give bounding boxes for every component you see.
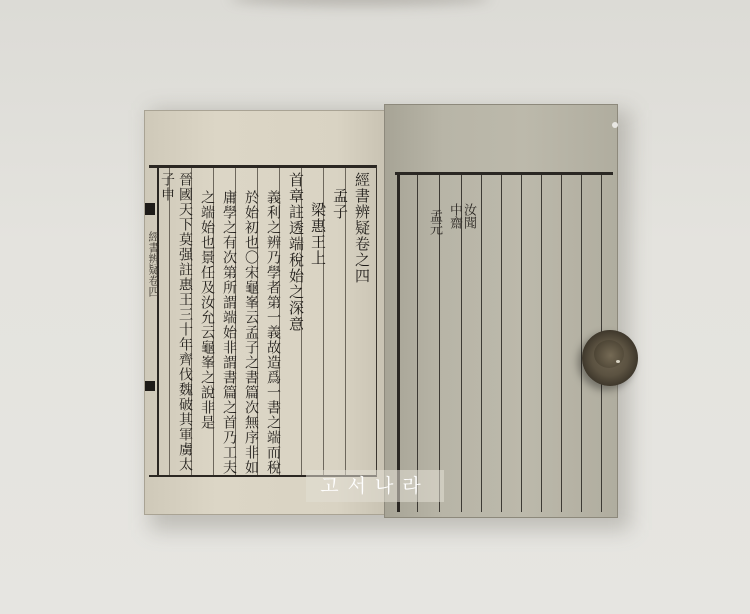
right-book-page: 汝聞 中齋 孟元 bbox=[384, 104, 618, 518]
text-column: 經書辨疑卷之四 bbox=[353, 172, 370, 284]
column-rule bbox=[581, 175, 582, 512]
text-column: 於始初也〇宋龜峯云孟子之書篇次無序非如 bbox=[243, 190, 258, 475]
fish-tail-mark bbox=[145, 381, 155, 391]
center-margin-title: 經書辨疑卷四 bbox=[145, 231, 161, 297]
brass-weight-knob bbox=[582, 330, 638, 386]
left-page-print-frame: 經書辨疑卷之四 孟子 梁惠王上 首章註透端稅始之深意 義利之辨乃學者第一義故造爲… bbox=[149, 165, 377, 477]
text-column: 子申 bbox=[159, 172, 174, 202]
right-page-print-frame: 汝聞 中齋 孟元 bbox=[395, 172, 613, 512]
fold-rule bbox=[157, 168, 159, 475]
binding-hole bbox=[612, 122, 618, 128]
text-column: 之端始也㬌任及汝允云龜峯之說非是 bbox=[199, 190, 214, 430]
text-column: 孟子 bbox=[331, 188, 348, 220]
column-rule bbox=[521, 175, 522, 512]
text-column: 梁惠王上 bbox=[309, 202, 326, 266]
background-shadow bbox=[230, 0, 490, 6]
column-rule bbox=[169, 168, 170, 475]
text-column: 庸學之有次第所謂端始非謂書篇之首乃工夫 bbox=[221, 190, 236, 475]
column-rule bbox=[541, 175, 542, 512]
handwritten-annotation: 汝聞 bbox=[461, 203, 475, 229]
text-column: 首章註透端稅始之深意 bbox=[287, 172, 304, 332]
column-rule bbox=[481, 175, 482, 512]
watermark: 고서나라 bbox=[306, 470, 444, 502]
text-column: 義利之辨乃學者第一義故造爲一書之端而稅 bbox=[265, 190, 280, 475]
handwritten-annotation: 孟元 bbox=[427, 209, 441, 235]
fish-tail-mark bbox=[145, 203, 155, 215]
column-rule bbox=[561, 175, 562, 512]
left-book-page: 經書辨疑卷之四 孟子 梁惠王上 首章註透端稅始之深意 義利之辨乃學者第一義故造爲… bbox=[144, 110, 386, 515]
text-column: 晉國天下莫强註惠王三十年齊伐魏破其軍虜太 bbox=[177, 172, 192, 472]
column-rule bbox=[501, 175, 502, 512]
column-rule bbox=[417, 175, 418, 512]
knob-top bbox=[594, 340, 624, 368]
handwritten-annotation: 中齋 bbox=[447, 203, 461, 229]
column-rule bbox=[397, 175, 400, 512]
knob-highlight bbox=[616, 360, 620, 363]
